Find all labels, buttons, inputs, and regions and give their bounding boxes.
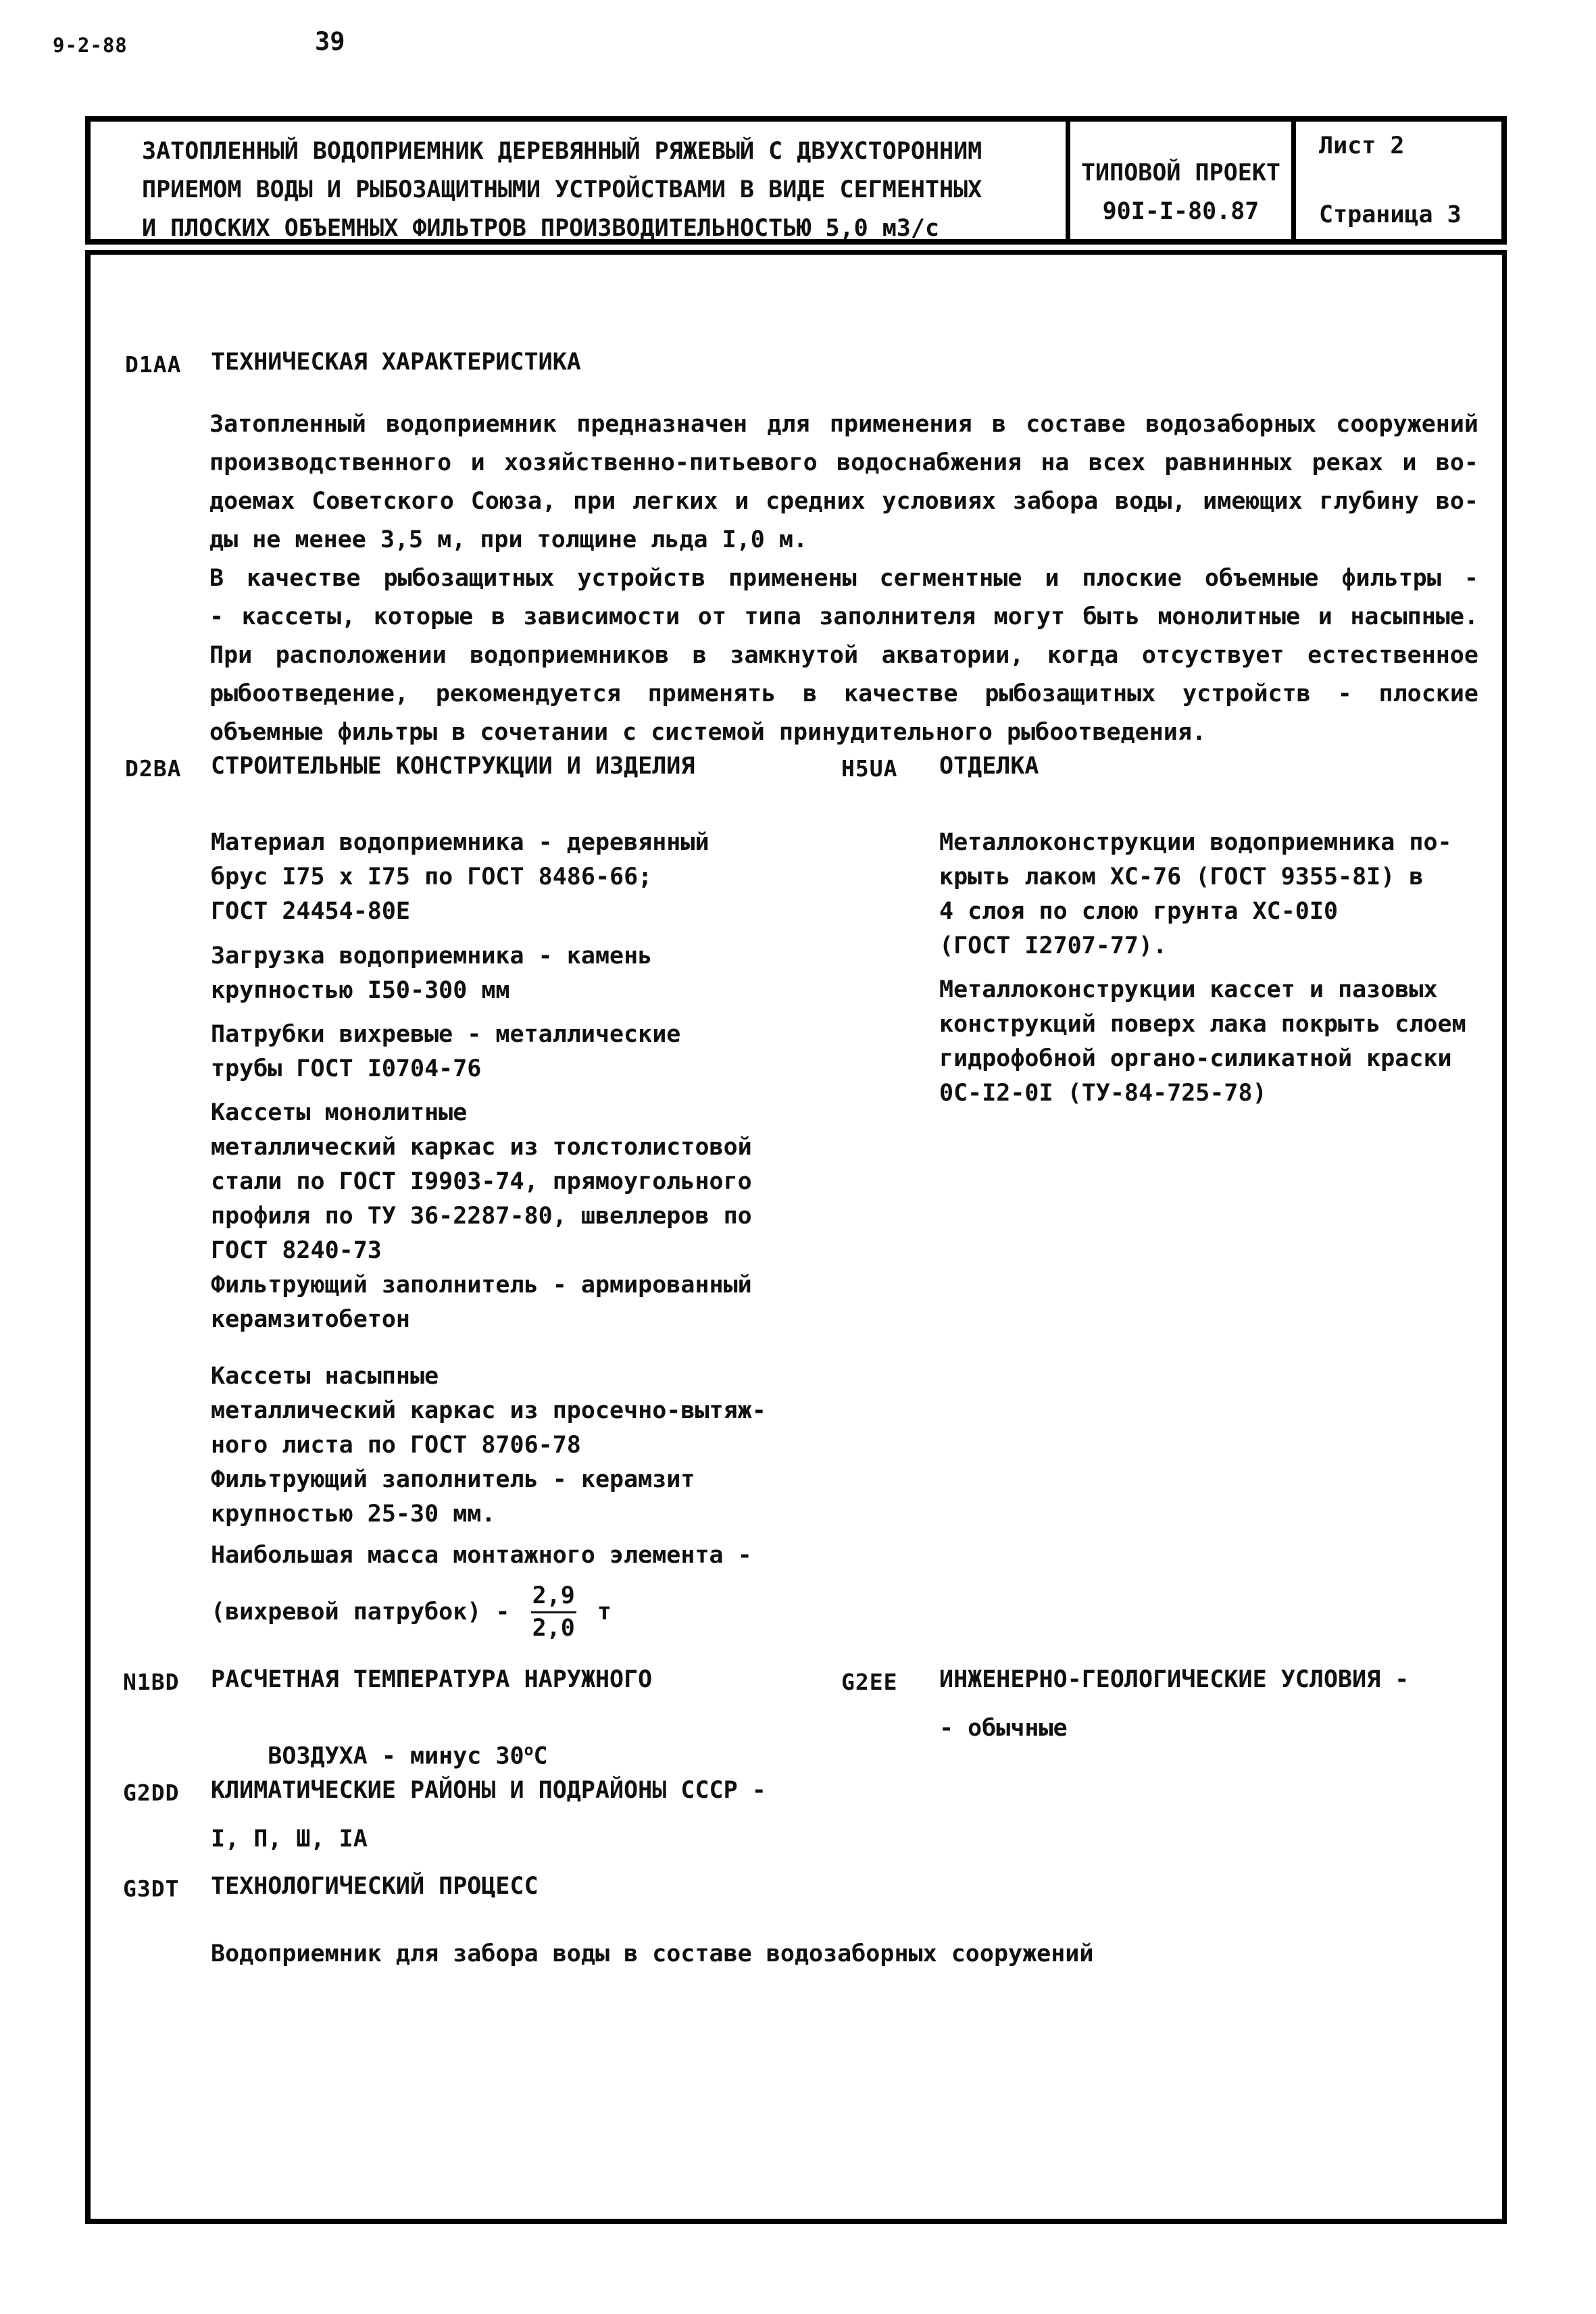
text-line: рыбоотведение, рекомендуется применять в… (209, 675, 1478, 713)
sheet-label: Лист 2 (1319, 132, 1502, 159)
text-line: ного листа по ГОСТ 8706-78 (211, 1428, 766, 1463)
section-code-n1bd: N1BD (123, 1669, 179, 1695)
text-line: керамзитобетон (211, 1303, 752, 1337)
max-mass-line: Наибольшая масса монтажного элемента - (211, 1542, 752, 1569)
header-divider-left (1066, 122, 1070, 239)
section-code-h5ua: H5UA (841, 755, 897, 782)
degree-superscript: о (524, 1742, 534, 1759)
n1bd-temp-text: ВОЗДУХА - минус 30 (268, 1743, 524, 1770)
text-line: Металлоконструкции водоприемника по- (939, 826, 1452, 860)
n1bd-temp-unit: С (533, 1743, 547, 1770)
coating-item: Металлоконструкции водоприемника по-крыт… (939, 826, 1452, 963)
text-line: Кассеты монолитные (211, 1096, 752, 1130)
text-line: Затопленный водоприемник предназначен дл… (209, 405, 1478, 444)
text-line: Кассеты насыпные (211, 1359, 766, 1394)
section-code-g2dd: G2DD (123, 1780, 179, 1806)
text-line: доемах Советского Союза, при легких и ср… (209, 482, 1478, 521)
text-line: крупностью I50-300 мм (211, 974, 652, 1008)
text-line: объемные фильтры в сочетании с системой … (209, 713, 1478, 752)
sheet-cell: Лист 2 Страница 3 (1296, 122, 1502, 238)
text-line: ды не менее 3,5 м, при толщине льда I,0 … (209, 521, 1478, 559)
document-page: 9-2-88 39 ЗАТОПЛЕННЫЙ ВОДОПРИЕМНИК ДЕРЕВ… (0, 0, 1596, 2314)
text-line: ПРИЕМОМ ВОДЫ И РЫБОЗАЩИТНЫМИ УСТРОЙСТВАМ… (142, 171, 1047, 209)
text-line: При расположении водоприемников в замкну… (209, 636, 1478, 675)
max-mass-value-line: (вихревой патрубок) - 2,9 2,0 т (211, 1581, 612, 1643)
section-title-g3dt: ТЕХНОЛОГИЧЕСКИЙ ПРОЦЕСС (211, 1873, 539, 1900)
text-line: Фильтрующий заполнитель - керамзит (211, 1463, 766, 1497)
text-line: 0С-I2-0I (ТУ-84-725-78) (939, 1076, 1466, 1111)
mass-fraction-numerator: 2,9 (531, 1581, 576, 1613)
text-line: металлический каркас из просечно-вытяж- (211, 1394, 766, 1428)
section-title-h5ua: ОТДЕЛКА (939, 753, 1039, 780)
monolithic-cassettes-item: Кассеты монолитныеметаллический каркас и… (211, 1096, 752, 1337)
material-item: Материал водоприемника - деревянныйбрус … (211, 826, 709, 929)
section-code-g3dt: G3DT (123, 1876, 179, 1902)
text-line: Патрубки вихревые - металлические (211, 1017, 680, 1052)
project-cell: ТИПОВОЙ ПРОЕКТ 90I-I-80.87 (1070, 122, 1291, 238)
mass-fraction: 2,9 2,0 (531, 1581, 576, 1643)
page-label: Страница 3 (1319, 201, 1502, 228)
section-code-d2ba: D2BA (125, 755, 181, 782)
text-line: (ГОСТ I2707-77). (939, 929, 1452, 963)
text-line: ГОСТ 8240-73 (211, 1234, 752, 1268)
section-code-g2ee: G2EE (841, 1669, 897, 1695)
intro-paragraph-1: Затопленный водоприемник предназначен дл… (209, 405, 1478, 559)
text-line: металлический каркас из толстолистовой (211, 1130, 752, 1165)
text-line: Фильтрующий заполнитель - армированный (211, 1268, 752, 1303)
document-title: ЗАТОПЛЕННЫЙ ВОДОПРИЕМНИК ДЕРЕВЯННЫЙ РЯЖЕ… (142, 132, 1047, 248)
section-code-d1aa: D1AA (125, 351, 181, 378)
text-line: В качестве рыбозащитных устройств примен… (209, 559, 1478, 598)
page-number: 39 (315, 27, 345, 56)
project-label: ТИПОВОЙ ПРОЕКТ (1081, 154, 1280, 193)
text-line: стали по ГОСТ I9903-74, прямоугольного (211, 1165, 752, 1199)
mass-unit: т (583, 1599, 612, 1626)
text-line: И ПЛОСКИХ ОБЪЕМНЫХ ФИЛЬТРОВ ПРОИЗВОДИТЕЛ… (142, 209, 1047, 248)
text-line: профиля по ТУ 36-2287-80, швеллеров по (211, 1199, 752, 1234)
text-line: Загрузка водоприемника - камень (211, 939, 652, 974)
loading-item: Загрузка водоприемника - каменькрупность… (211, 939, 652, 1008)
section-title-d2ba: СТРОИТЕЛЬНЫЕ КОНСТРУКЦИИ И ИЗДЕЛИЯ (211, 753, 695, 780)
text-line: ГОСТ 24454-80Е (211, 895, 709, 929)
text-line: - кассеты, которые в зависимости от типа… (209, 598, 1478, 636)
g2ee-line1: ИНЖЕНЕРНО-ГЕОЛОГИЧЕСКИЕ УСЛОВИЯ - (939, 1666, 1409, 1693)
text-line: 4 слоя по слою грунта ХС-0I0 (939, 895, 1452, 929)
text-line: конструкций поверх лака покрыть слоем (939, 1007, 1466, 1042)
project-number: 90I-I-80.87 (1103, 193, 1260, 231)
text-line: производственного и хозяйственно-питьево… (209, 444, 1478, 482)
text-line: Материал водоприемника - деревянный (211, 826, 709, 860)
mass-fraction-denominator: 2,0 (531, 1613, 576, 1643)
g2dd-line1: КЛИМАТИЧЕСКИЕ РАЙОНЫ И ПОДРАЙОНЫ СССР - (211, 1777, 766, 1804)
section-title-d1aa: ТЕХНИЧЕСКАЯ ХАРАКТЕРИСТИКА (211, 349, 581, 376)
text-line: ЗАТОПЛЕННЫЙ ВОДОПРИЕМНИК ДЕРЕВЯННЫЙ РЯЖЕ… (142, 132, 1047, 171)
text-line: крупностью 25-30 мм. (211, 1497, 766, 1532)
text-line: Металлоконструкции кассет и пазовых (939, 973, 1466, 1007)
text-line: трубы ГОСТ I0704-76 (211, 1052, 680, 1086)
g3dt-paragraph: Водоприемник для забора воды в составе в… (211, 1940, 1093, 1967)
max-mass-prefix: (вихревой патрубок) - (211, 1599, 524, 1626)
g2dd-line2: I, П, Ш, IА (211, 1826, 368, 1853)
n1bd-line1: РАСЧЕТНАЯ ТЕМПЕРАТУРА НАРУЖНОГО (211, 1666, 652, 1693)
bulk-cassettes-item: Кассеты насыпныеметаллический каркас из … (211, 1359, 766, 1532)
intro-paragraph-2: В качестве рыбозащитных устройств примен… (209, 559, 1478, 752)
header-divider-right (1291, 122, 1296, 239)
scan-date-note: 9-2-88 (53, 34, 128, 57)
nozzles-item: Патрубки вихревые - металлическиетрубы Г… (211, 1017, 680, 1086)
g2ee-line2: - обычные (939, 1715, 1068, 1742)
text-line: крыть лаком ХС-76 (ГОСТ 9355-8I) в (939, 860, 1452, 895)
text-line: гидрофобной органо-силикатной краски (939, 1042, 1466, 1076)
paint-item: Металлоконструкции кассет и пазовыхконст… (939, 973, 1466, 1111)
text-line: брус I75 х I75 по ГОСТ 8486-66; (211, 860, 709, 895)
